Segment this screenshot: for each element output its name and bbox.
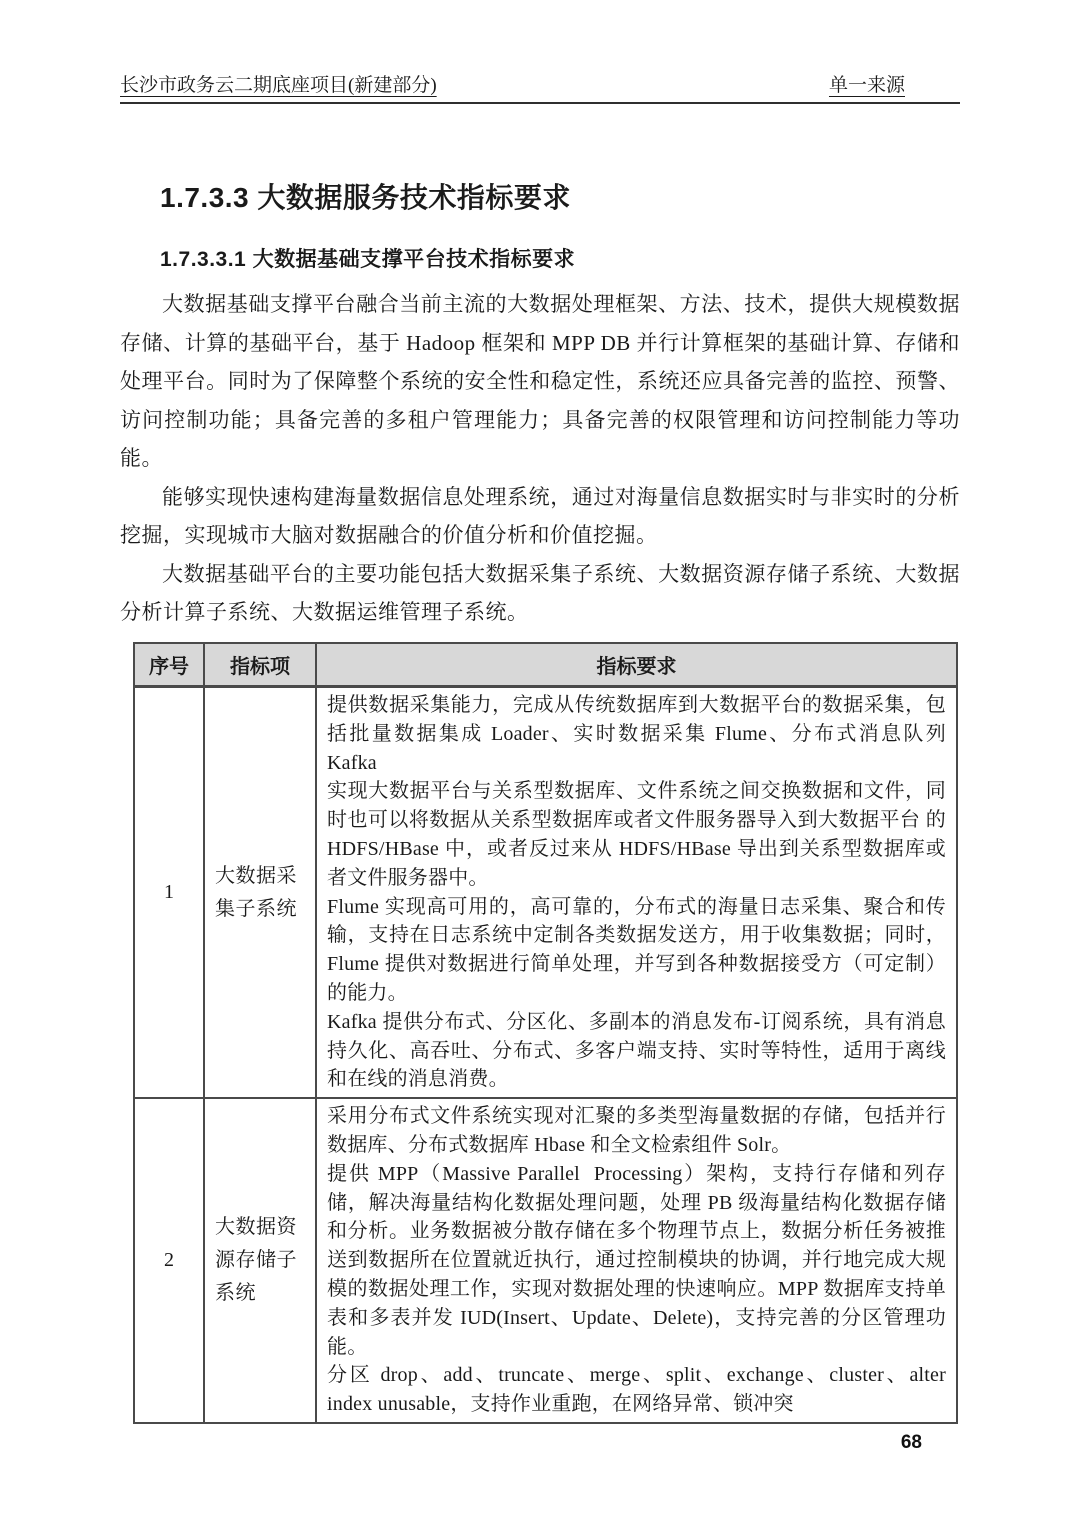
table-row-collection-subsystem: 1 大数据采集子系统 提供数据采集能力，完成从传统数据库到大数据平台的数据采集，… xyxy=(134,687,957,1099)
row-item-cell: 大数据采集子系统 xyxy=(204,687,316,1099)
col-header-item: 指标项 xyxy=(204,643,316,687)
paragraph-city-brain: 能够实现快速构建海量数据信息处理系统，通过对海量信息数据实时与非实时的分析挖掘，… xyxy=(120,478,960,555)
body-text: 大数据基础支撑平台融合当前主流的大数据处理框架、方法、技术，提供大规模数据存储、… xyxy=(120,285,960,632)
doc-header-tag: 单一来源 xyxy=(829,70,905,97)
doc-header: 长沙市政务云二期底座项目(新建部分) 单一来源 xyxy=(120,70,960,104)
table-row-storage-subsystem: 2 大数据资源存储子系统 采用分布式文件系统实现对汇聚的多类型海量数据的存储，包… xyxy=(134,1098,957,1423)
page-number: 68 xyxy=(901,1432,922,1454)
row-item-cell: 大数据资源存储子系统 xyxy=(204,1098,316,1423)
paragraph-subsystems: 大数据基础平台的主要功能包括大数据采集子系统、大数据资源存储子系统、大数据分析计… xyxy=(120,555,960,632)
section-heading: 1.7.3.3 大数据服务技术指标要求 xyxy=(160,176,960,216)
row-requirement-cell: 提供数据采集能力，完成从传统数据库到大数据平台的数据采集，包括批量数据集成 Lo… xyxy=(316,687,957,1099)
doc-header-title: 长沙市政务云二期底座项目(新建部分) xyxy=(120,70,437,97)
row-no-cell: 2 xyxy=(134,1098,204,1423)
paragraph-platform-overview: 大数据基础支撑平台融合当前主流的大数据处理框架、方法、技术，提供大规模数据存储、… xyxy=(120,285,960,478)
row-no-cell: 1 xyxy=(134,687,204,1099)
spec-table: 序号 指标项 指标要求 1 大数据采集子系统 提供数据采集能力，完成从传统数据库… xyxy=(133,642,958,1424)
col-header-requirement: 指标要求 xyxy=(316,643,957,687)
document-page: 长沙市政务云二期底座项目(新建部分) 单一来源 1.7.3.3 大数据服务技术指… xyxy=(0,0,1080,1535)
subsection-heading: 1.7.3.3.1 大数据基础支撑平台技术指标要求 xyxy=(160,243,960,273)
table-header-row: 序号 指标项 指标要求 xyxy=(134,643,957,687)
col-header-no: 序号 xyxy=(134,643,204,687)
row-requirement-cell: 采用分布式文件系统实现对汇聚的多类型海量数据的存储，包括并行数据库、分布式数据库… xyxy=(316,1098,957,1423)
